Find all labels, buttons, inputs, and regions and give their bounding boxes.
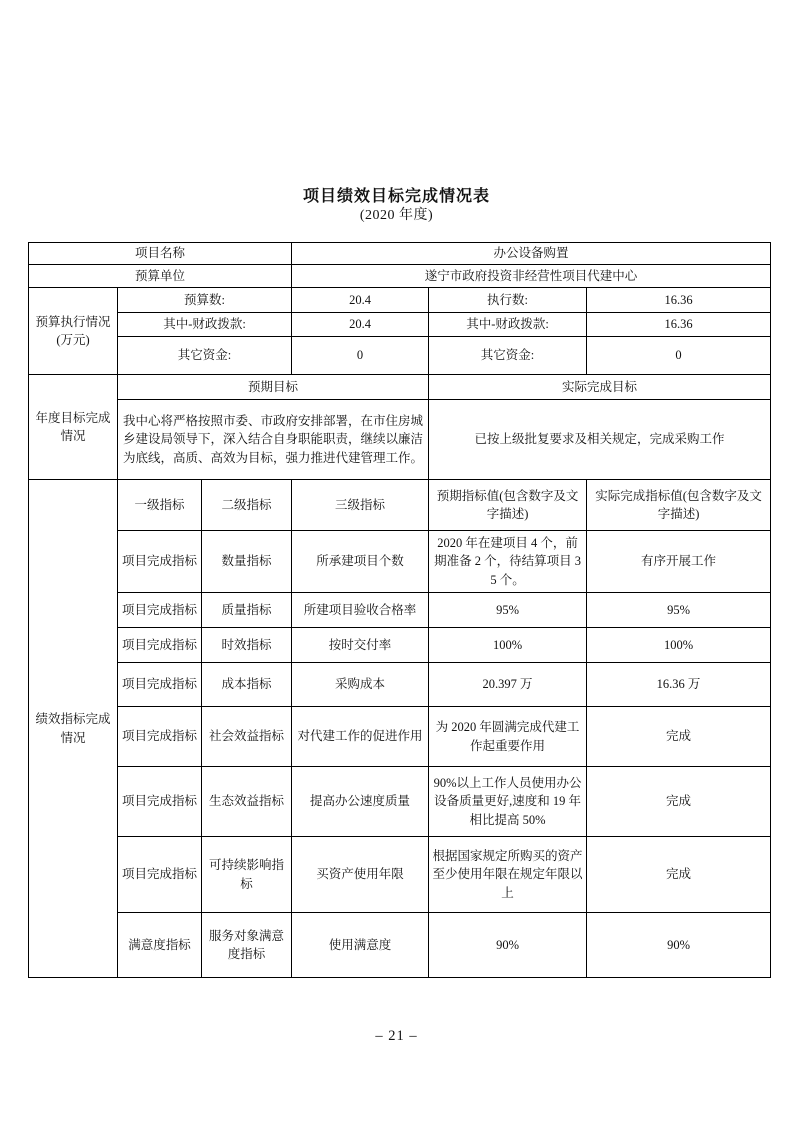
indicator-cell: 90%以上工作人员使用办公设备质量更好,速度和 19 年相比提高 50%: [429, 767, 587, 837]
table-row: 项目完成指标 质量指标 所建项目验收合格率 95% 95%: [29, 593, 771, 628]
indicator-cell: 有序开展工作: [587, 531, 771, 593]
annual-goal-section-label: 年度目标完成情况: [29, 375, 118, 480]
indicator-cell: 满意度指标: [118, 913, 202, 978]
budget-key: 执行数:: [429, 288, 587, 313]
table-row: 项目完成指标 社会效益指标 对代建工作的促进作用 为 2020 年圆满完成代建工…: [29, 707, 771, 767]
indicator-cell: 对代建工作的促进作用: [292, 707, 429, 767]
indicator-header-level3: 三级指标: [292, 480, 429, 531]
budget-value: 0: [292, 337, 429, 375]
indicator-cell: 2020 年在建项目 4 个，前期准备 2 个，待结算项目 35 个。: [429, 531, 587, 593]
table-row: 项目名称 办公设备购置: [29, 243, 771, 265]
budget-value: 16.36: [587, 288, 771, 313]
table-row: 其中-财政拨款: 20.4 其中-财政拨款: 16.36: [29, 313, 771, 337]
indicator-cell: 90%: [587, 913, 771, 978]
indicator-cell: 项目完成指标: [118, 663, 202, 707]
indicator-cell: 服务对象满意度指标: [202, 913, 292, 978]
indicator-cell: 完成: [587, 767, 771, 837]
budget-section-label: 预算执行情况(万元): [29, 288, 118, 375]
table-row: 项目完成指标 可持续影响指标 买资产使用年限 根据国家规定所购买的资产至少使用年…: [29, 837, 771, 913]
budget-unit-value: 遂宁市政府投资非经营性项目代建中心: [292, 265, 771, 288]
indicator-cell: 90%: [429, 913, 587, 978]
document-page: 项目绩效目标完成情况表 (2020 年度) 项目名称 办公设备购置 预算单位 遂…: [0, 0, 793, 1122]
indicator-cell: 社会效益指标: [202, 707, 292, 767]
expected-goal-header: 预期目标: [118, 375, 429, 400]
indicator-cell: 生态效益指标: [202, 767, 292, 837]
budget-value: 16.36: [587, 313, 771, 337]
project-name-label: 项目名称: [29, 243, 292, 265]
indicator-cell: 可持续影响指标: [202, 837, 292, 913]
budget-key: 其它资金:: [118, 337, 292, 375]
indicator-cell: 根据国家规定所购买的资产至少使用年限在规定年限以上: [429, 837, 587, 913]
indicator-header-level2: 二级指标: [202, 480, 292, 531]
indicator-cell: 完成: [587, 707, 771, 767]
table-row: 绩效指标完成情况 一级指标 二级指标 三级指标 预期指标值(包含数字及文字描述)…: [29, 480, 771, 531]
budget-value: 0: [587, 337, 771, 375]
indicator-cell: 所建项目验收合格率: [292, 593, 429, 628]
indicator-cell: 为 2020 年圆满完成代建工作起重要作用: [429, 707, 587, 767]
indicator-cell: 数量指标: [202, 531, 292, 593]
indicator-cell: 完成: [587, 837, 771, 913]
indicator-cell: 提高办公速度质量: [292, 767, 429, 837]
indicator-cell: 所承建项目个数: [292, 531, 429, 593]
indicator-section-label: 绩效指标完成情况: [29, 480, 118, 978]
page-title: 项目绩效目标完成情况表: [0, 183, 793, 206]
budget-value: 20.4: [292, 288, 429, 313]
indicator-cell: 项目完成指标: [118, 531, 202, 593]
indicator-cell: 质量指标: [202, 593, 292, 628]
indicator-cell: 按时交付率: [292, 628, 429, 663]
budget-key: 其它资金:: [429, 337, 587, 375]
indicator-header-level1: 一级指标: [118, 480, 202, 531]
actual-goal-header: 实际完成目标: [429, 375, 771, 400]
page-number: – 21 –: [0, 1028, 793, 1045]
indicator-cell: 95%: [587, 593, 771, 628]
table-row: 年度目标完成情况 预期目标 实际完成目标: [29, 375, 771, 400]
indicator-cell: 时效指标: [202, 628, 292, 663]
performance-table: 项目名称 办公设备购置 预算单位 遂宁市政府投资非经营性项目代建中心 预算执行情…: [28, 242, 771, 978]
table-row: 预算单位 遂宁市政府投资非经营性项目代建中心: [29, 265, 771, 288]
table-row: 预算执行情况(万元) 预算数: 20.4 执行数: 16.36: [29, 288, 771, 313]
indicator-cell: 买资产使用年限: [292, 837, 429, 913]
project-name-value: 办公设备购置: [292, 243, 771, 265]
indicator-cell: 16.36 万: [587, 663, 771, 707]
table-row: 项目完成指标 生态效益指标 提高办公速度质量 90%以上工作人员使用办公设备质量…: [29, 767, 771, 837]
table-row: 我中心将严格按照市委、市政府安排部署，在市住房城乡建设局领导下，深入结合自身职能…: [29, 400, 771, 480]
indicator-cell: 采购成本: [292, 663, 429, 707]
page-subtitle: (2020 年度): [0, 204, 793, 224]
indicator-cell: 成本指标: [202, 663, 292, 707]
table-row: 项目完成指标 成本指标 采购成本 20.397 万 16.36 万: [29, 663, 771, 707]
indicator-cell: 20.397 万: [429, 663, 587, 707]
table-row: 项目完成指标 数量指标 所承建项目个数 2020 年在建项目 4 个，前期准备 …: [29, 531, 771, 593]
indicator-cell: 项目完成指标: [118, 767, 202, 837]
expected-goal-text: 我中心将严格按照市委、市政府安排部署，在市住房城乡建设局领导下，深入结合自身职能…: [118, 400, 429, 480]
budget-key: 预算数:: [118, 288, 292, 313]
indicator-header-expected: 预期指标值(包含数字及文字描述): [429, 480, 587, 531]
budget-value: 20.4: [292, 313, 429, 337]
budget-unit-label: 预算单位: [29, 265, 292, 288]
budget-key: 其中-财政拨款:: [118, 313, 292, 337]
indicator-cell: 项目完成指标: [118, 707, 202, 767]
indicator-cell: 100%: [587, 628, 771, 663]
table-row: 项目完成指标 时效指标 按时交付率 100% 100%: [29, 628, 771, 663]
indicator-cell: 使用满意度: [292, 913, 429, 978]
indicator-cell: 项目完成指标: [118, 628, 202, 663]
indicator-cell: 项目完成指标: [118, 593, 202, 628]
table-row: 其它资金: 0 其它资金: 0: [29, 337, 771, 375]
indicator-cell: 95%: [429, 593, 587, 628]
indicator-cell: 项目完成指标: [118, 837, 202, 913]
actual-goal-text: 已按上级批复要求及相关规定，完成采购工作: [429, 400, 771, 480]
indicator-header-actual: 实际完成指标值(包含数字及文字描述): [587, 480, 771, 531]
budget-key: 其中-财政拨款:: [429, 313, 587, 337]
indicator-cell: 100%: [429, 628, 587, 663]
table-row: 满意度指标 服务对象满意度指标 使用满意度 90% 90%: [29, 913, 771, 978]
